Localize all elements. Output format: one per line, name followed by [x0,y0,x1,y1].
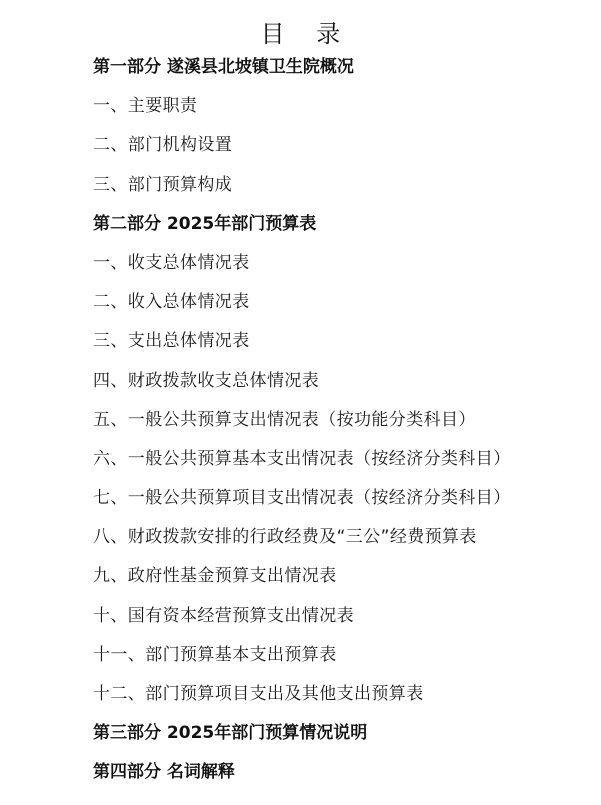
toc-link[interactable]: 第一部分 遂溪县北坡镇卫生院概况 [93,57,354,77]
toc-part-1[interactable]: 第一部分 遂溪县北坡镇卫生院概况 [93,52,511,91]
toc-part-3[interactable]: 第三部分 2025年部门预算情况说明 [93,718,511,757]
toc-link[interactable]: 一、主要职责 [93,96,197,116]
toc-section-table-12[interactable]: 十二、部门预算项目支出及其他支出预算表 [93,679,511,718]
toc-title: 目 录 [0,18,601,50]
toc-section-table-10[interactable]: 十、国有资本经营预算支出情况表 [93,601,511,640]
toc-link[interactable]: 四、财政拨款收支总体情况表 [93,371,319,391]
toc-part-4[interactable]: 第四部分 名词解释 [93,757,511,796]
toc-link[interactable]: 二、部门机构设置 [93,135,232,155]
toc-section-table-11[interactable]: 十一、部门预算基本支出预算表 [93,640,511,679]
toc-section-org-setup[interactable]: 二、部门机构设置 [93,130,511,169]
toc-link[interactable]: 三、支出总体情况表 [93,331,250,351]
toc-section-table-8[interactable]: 八、财政拨款安排的行政经费及“三公”经费预算表 [93,522,511,561]
toc-link[interactable]: 第四部分 名词解释 [93,762,235,782]
toc-link[interactable]: 六、一般公共预算基本支出情况表（按经济分类科目） [93,449,511,469]
toc-section-table-7[interactable]: 七、一般公共预算项目支出情况表（按经济分类科目） [93,483,511,522]
toc-section-table-9[interactable]: 九、政府性基金预算支出情况表 [93,561,511,600]
toc-link[interactable]: 十一、部门预算基本支出预算表 [93,645,337,665]
toc-link[interactable]: 七、一般公共预算项目支出情况表（按经济分类科目） [93,488,511,508]
toc-part-2[interactable]: 第二部分 2025年部门预算表 [93,209,511,248]
toc-link[interactable]: 八、财政拨款安排的行政经费及“三公”经费预算表 [93,527,477,547]
toc-link[interactable]: 三、部门预算构成 [93,175,232,195]
toc-section-table-3[interactable]: 三、支出总体情况表 [93,326,511,365]
toc-link[interactable]: 五、一般公共预算支出情况表（按功能分类科目） [93,410,476,430]
toc-section-table-2[interactable]: 二、收入总体情况表 [93,287,511,326]
toc-section-table-1[interactable]: 一、收支总体情况表 [93,248,511,287]
toc-section-table-5[interactable]: 五、一般公共预算支出情况表（按功能分类科目） [93,405,511,444]
toc-link[interactable]: 九、政府性基金预算支出情况表 [93,566,337,586]
toc-section-table-4[interactable]: 四、财政拨款收支总体情况表 [93,366,511,405]
toc-section-table-6[interactable]: 六、一般公共预算基本支出情况表（按经济分类科目） [93,444,511,483]
toc-link[interactable]: 二、收入总体情况表 [93,292,250,312]
toc-section-budget-composition[interactable]: 三、部门预算构成 [93,170,511,209]
toc-link[interactable]: 第二部分 2025年部门预算表 [93,214,316,234]
toc-section-main-duties[interactable]: 一、主要职责 [93,91,511,130]
toc-link[interactable]: 十二、部门预算项目支出及其他支出预算表 [93,684,424,704]
table-of-contents: 第一部分 遂溪县北坡镇卫生院概况 一、主要职责 二、部门机构设置 三、部门预算构… [93,52,511,797]
toc-link[interactable]: 第三部分 2025年部门预算情况说明 [93,723,367,743]
toc-link[interactable]: 一、收支总体情况表 [93,253,250,273]
toc-link[interactable]: 十、国有资本经营预算支出情况表 [93,606,354,626]
